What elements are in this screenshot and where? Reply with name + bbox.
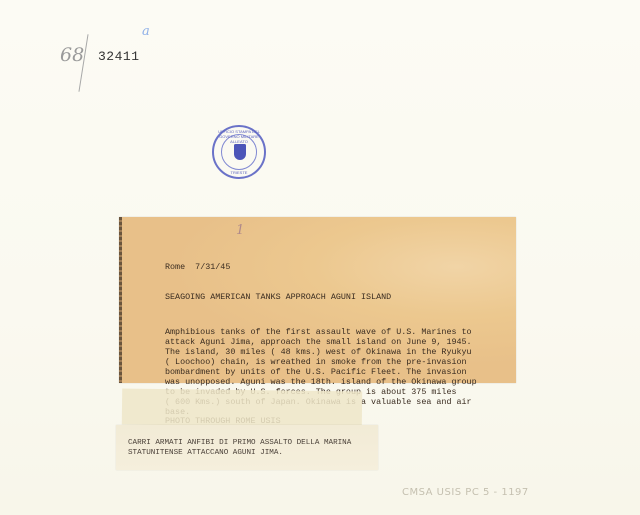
blue-pencil-mark: a <box>142 24 150 39</box>
seal-outer-text: UFFICIO STAMPA DEL GOVERNO MILITARE ALLE… <box>214 129 264 144</box>
dateline: Rome 7/31/45 <box>165 263 477 273</box>
stamped-number: 32411 <box>98 49 140 64</box>
caption-line: CARRI ARMATI ANFIBI DI PRIMO ASSALTO DEL… <box>128 438 351 448</box>
archive-reference: CMSA USIS PC 5 - 1197 <box>402 487 529 498</box>
press-release-clipping: Rome 7/31/45 SEAGOING AMERICAN TANKS APP… <box>119 217 516 383</box>
dateline-date: 7/31/45 <box>195 262 230 272</box>
office-seal-stamp: UFFICIO STAMPA DEL GOVERNO MILITARE ALLE… <box>212 125 266 179</box>
archive-card: 68 32411 a UFFICIO STAMPA DEL GOVERNO MI… <box>0 0 640 515</box>
adhesive-tape <box>122 389 362 428</box>
pencil-mark: 1 <box>236 223 244 238</box>
caption-line: STATUNITENSE ATTACCANO AGUNI JIMA. <box>128 448 351 458</box>
seal-bottom-text: TRIESTE <box>214 170 264 175</box>
headline: SEAGOING AMERICAN TANKS APPROACH AGUNI I… <box>165 293 477 303</box>
handwritten-number: 68 <box>60 44 84 66</box>
italian-caption-slip: CARRI ARMATI ANFIBI DI PRIMO ASSALTO DEL… <box>116 425 378 470</box>
torn-edge <box>119 217 122 383</box>
dateline-city: Rome <box>165 262 185 272</box>
caption-text: CARRI ARMATI ANFIBI DI PRIMO ASSALTO DEL… <box>128 438 351 458</box>
shield-icon <box>234 144 246 160</box>
